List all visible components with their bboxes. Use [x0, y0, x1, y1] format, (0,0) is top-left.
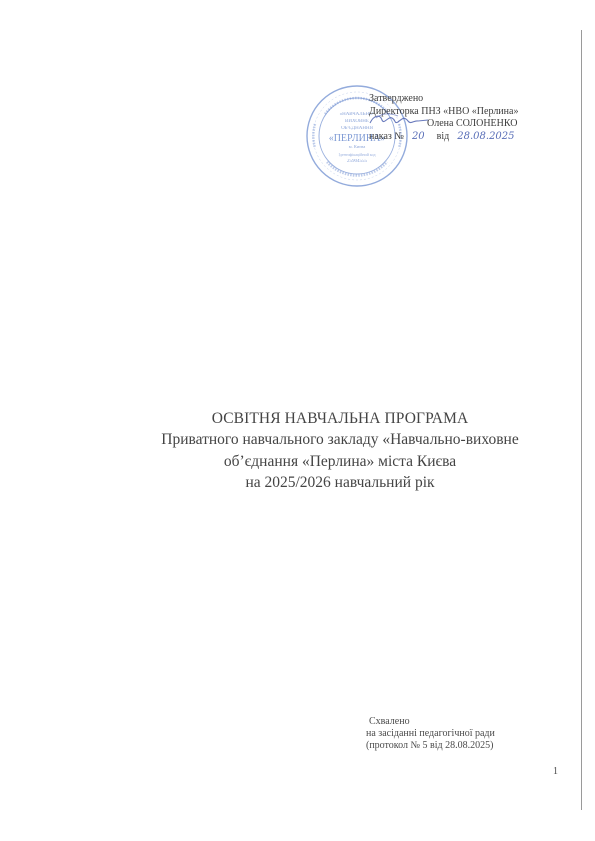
- endorsed-label: Схвалено: [366, 716, 495, 728]
- page-edge-line: [581, 30, 582, 810]
- approved-label: Затверджено: [369, 93, 518, 106]
- endorsement-protocol: (протокол № 5 від 28.08.2025): [366, 740, 495, 752]
- signature-icon: [368, 112, 430, 128]
- order-line: наказ №20від28.08.2025: [369, 131, 518, 144]
- endorsement-block: Схвалено на засіданні педагогічної ради …: [366, 716, 495, 752]
- signatory-name: Олена СОЛОНЕНКО: [427, 118, 518, 129]
- program-title: ОСВІТНЯ НАВЧАЛЬНА ПРОГРАМА: [120, 408, 560, 429]
- institution-city-line: об’єднання «Перлина» міста Києва: [120, 451, 560, 472]
- endorsement-council: на засіданні педагогічної ради: [366, 728, 495, 740]
- date-label: від: [437, 131, 450, 142]
- stamp-city: м. Києва: [349, 144, 366, 149]
- academic-year-line: на 2025/2026 навчальний рік: [120, 472, 560, 493]
- svg-text:ВИХОВНЕ: ВИХОВНЕ: [345, 119, 369, 124]
- order-number: 20: [412, 131, 425, 142]
- page-number: 1: [553, 766, 558, 777]
- order-label: наказ №: [369, 131, 404, 142]
- stamp-code: 25904555: [347, 159, 368, 164]
- svg-text:Ідентифікаційний код: Ідентифікаційний код: [338, 152, 375, 157]
- program-title-block: ОСВІТНЯ НАВЧАЛЬНА ПРОГРАМА Приватного на…: [120, 408, 560, 493]
- order-date: 28.08.2025: [457, 131, 514, 142]
- institution-line: Приватного навчального закладу «Навчальн…: [120, 429, 560, 450]
